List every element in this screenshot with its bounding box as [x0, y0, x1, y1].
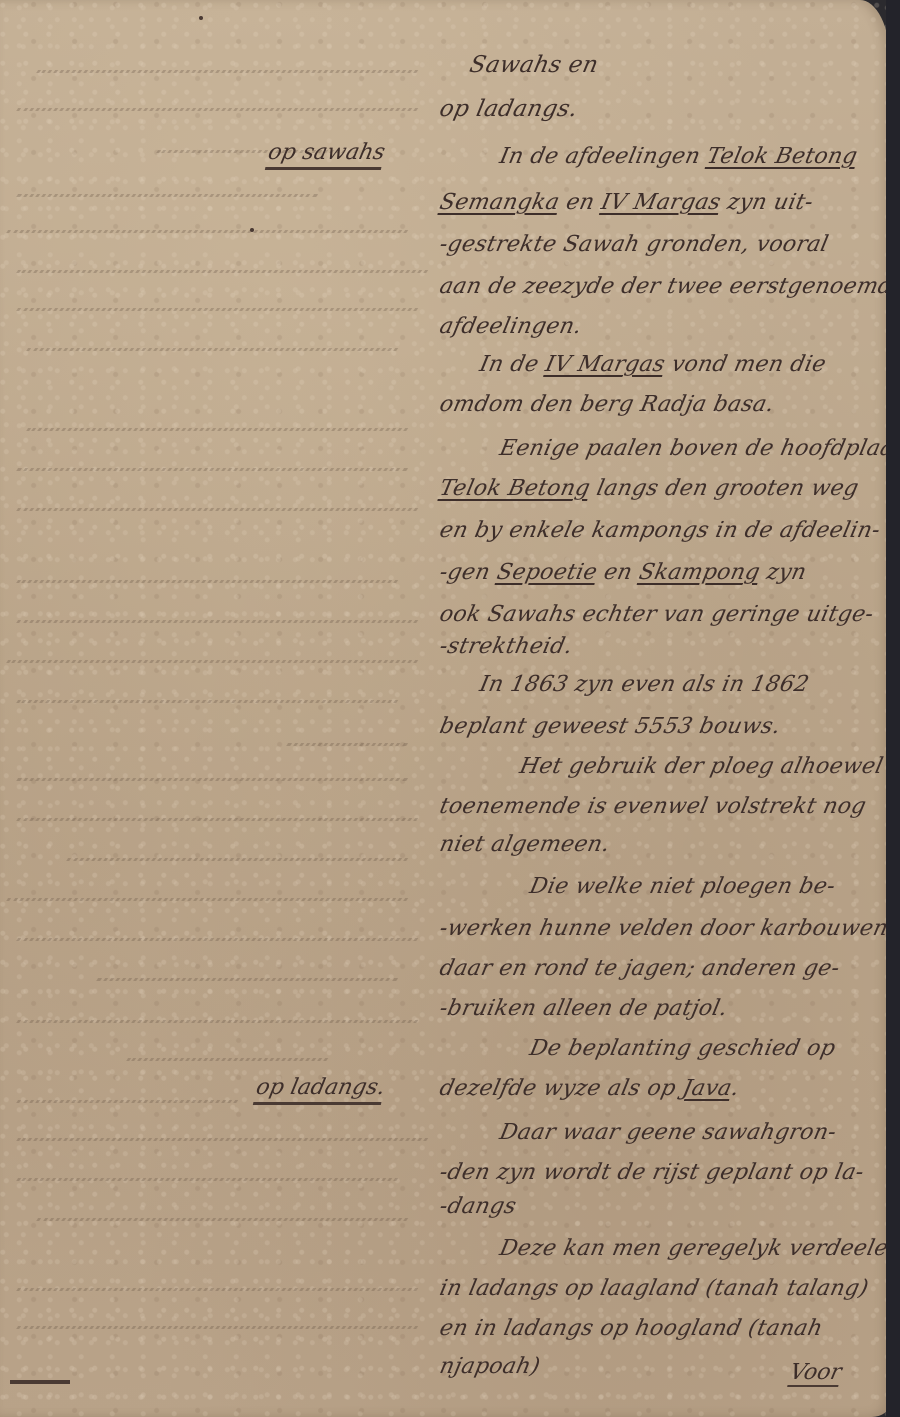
text-line: toenemende is evenwel volstrekt nog [437, 794, 868, 819]
text-line: Semangka en IV Margas zyn uit- [437, 190, 815, 215]
underlined-name: Semangka [437, 190, 561, 215]
underlined-name: Telok Betong [705, 144, 860, 169]
bleed-through-writing [0, 0, 440, 1417]
text-line: dezelfde wyze als op Java. [437, 1076, 741, 1101]
heading-line-1: Sawahs en [467, 52, 600, 78]
text-segment: -den zyn wordt de rijst geplant op la- [437, 1160, 866, 1185]
text-segment: in ladangs op laagland (tanah talang) [437, 1276, 871, 1301]
underlined-name: IV Margas [543, 352, 667, 377]
text-segment: -strektheid. [437, 634, 575, 659]
text-segment: en in ladangs op hoogland (tanah [437, 1316, 825, 1341]
text-segment: en [557, 190, 605, 215]
text-segment: De beplanting geschied op [527, 1036, 837, 1061]
text-segment: In de afdeelingen [497, 144, 710, 169]
text-segment: Deze kan men geregelyk verdeelen [497, 1236, 900, 1261]
text-line: -dangs [437, 1194, 518, 1219]
text-segment: Daar waar geene sawahgron- [497, 1120, 838, 1145]
underlined-name: Java [680, 1076, 734, 1101]
underlined-name: Telok Betong [437, 476, 592, 501]
text-segment: zyn uit- [718, 190, 816, 215]
text-segment: langs den grooten weg [587, 476, 861, 501]
text-segment: -gen [437, 560, 500, 585]
text-segment: en [594, 560, 642, 585]
text-line: niet algemeen. [437, 832, 612, 857]
margin-note-op-sawahs: op sawahs [265, 140, 388, 170]
text-segment: njapoah) [437, 1354, 542, 1379]
text-line: en in ladangs op hoogland (tanah [437, 1316, 825, 1341]
text-line: -bruiken alleen de patjol. [437, 996, 729, 1021]
text-line: -werken hunne velden door karbouwen [437, 916, 890, 941]
text-line: Deze kan men geregelyk verdeelen [497, 1236, 900, 1261]
text-segment: aan de zeezyde der twee eerstgenoemde [437, 274, 900, 299]
text-segment: In 1863 zyn even als in 1862 [477, 672, 811, 697]
text-line: omdom den berg Radja basa. [437, 392, 776, 417]
text-line: In de IV Margas vond men die [477, 352, 828, 377]
corner-mark [10, 1358, 70, 1384]
text-line: ook Sawahs echter van geringe uitge- [437, 602, 876, 627]
text-segment: zyn [757, 560, 809, 585]
underlined-name: IV Margas [599, 190, 723, 215]
text-segment: en by enkele kampongs in de afdeelin- [437, 518, 882, 543]
text-segment: afdeelingen. [437, 314, 584, 339]
text-line: Het gebruik der ploeg alhoewel [517, 754, 885, 779]
underlined-name: Sepoetie [495, 560, 600, 585]
text-line: Telok Betong langs den grooten weg [437, 476, 861, 501]
text-line: -den zyn wordt de rijst geplant op la- [437, 1160, 866, 1185]
text-line: aan de zeezyde der twee eerstgenoemde [437, 274, 900, 299]
text-segment: Het gebruik der ploeg alhoewel [517, 754, 885, 779]
text-line: -gen Sepoetie en Skampong zyn [437, 560, 808, 585]
text-segment: ook Sawahs echter van geringe uitge- [437, 602, 876, 627]
text-segment: dezelfde wyze als op [437, 1076, 685, 1101]
text-segment: omdom den berg Radja basa. [437, 392, 776, 417]
text-segment: Eenige paalen boven de hoofdplaats [497, 436, 900, 461]
text-line: Die welke niet ploegen be- [527, 874, 837, 899]
text-segment: toenemende is evenwel volstrekt nog [437, 794, 868, 819]
text-segment: niet algemeen. [437, 832, 612, 857]
text-line: -strektheid. [437, 634, 575, 659]
ink-spot [250, 228, 254, 232]
text-line: afdeelingen. [437, 314, 584, 339]
ink-spot [199, 16, 203, 20]
background-edge [886, 0, 900, 1417]
margin-note-op-ladangs: op ladangs. [253, 1075, 388, 1105]
text-segment: -gestrekte Sawah gronden, vooral [437, 232, 830, 257]
underlined-name: Skampong [637, 560, 763, 585]
text-line: in ladangs op laagland (tanah talang) [437, 1276, 871, 1301]
text-segment: -dangs [437, 1194, 518, 1219]
text-line: Daar waar geene sawahgron- [497, 1120, 838, 1145]
text-line: -gestrekte Sawah gronden, vooral [437, 232, 830, 257]
heading-line-2: op ladangs. [437, 96, 580, 122]
text-segment: -bruiken alleen de patjol. [437, 996, 729, 1021]
text-line: De beplanting geschied op [527, 1036, 837, 1061]
text-line: In de afdeelingen Telok Betong [497, 144, 859, 169]
text-line: daar en rond te jagen; anderen ge- [437, 956, 842, 981]
text-line: en by enkele kampongs in de afdeelin- [437, 518, 882, 543]
manuscript-page: op sawahs op ladangs. Sawahs en op ladan… [0, 0, 890, 1417]
text-segment: In de [477, 352, 548, 377]
text-segment: Die welke niet ploegen be- [527, 874, 837, 899]
text-line: In 1863 zyn even als in 1862 [477, 672, 811, 697]
text-segment: vond men die [662, 352, 828, 377]
text-line: beplant geweest 5553 bouws. [437, 714, 782, 739]
text-segment: beplant geweest 5553 bouws. [437, 714, 782, 739]
text-line: njapoah) [437, 1354, 542, 1379]
text-segment: daar en rond te jagen; anderen ge- [437, 956, 842, 981]
text-segment: -werken hunne velden door karbouwen [437, 916, 890, 941]
catchword: Voor [787, 1360, 844, 1387]
text-line: Eenige paalen boven de hoofdplaats [497, 436, 900, 461]
